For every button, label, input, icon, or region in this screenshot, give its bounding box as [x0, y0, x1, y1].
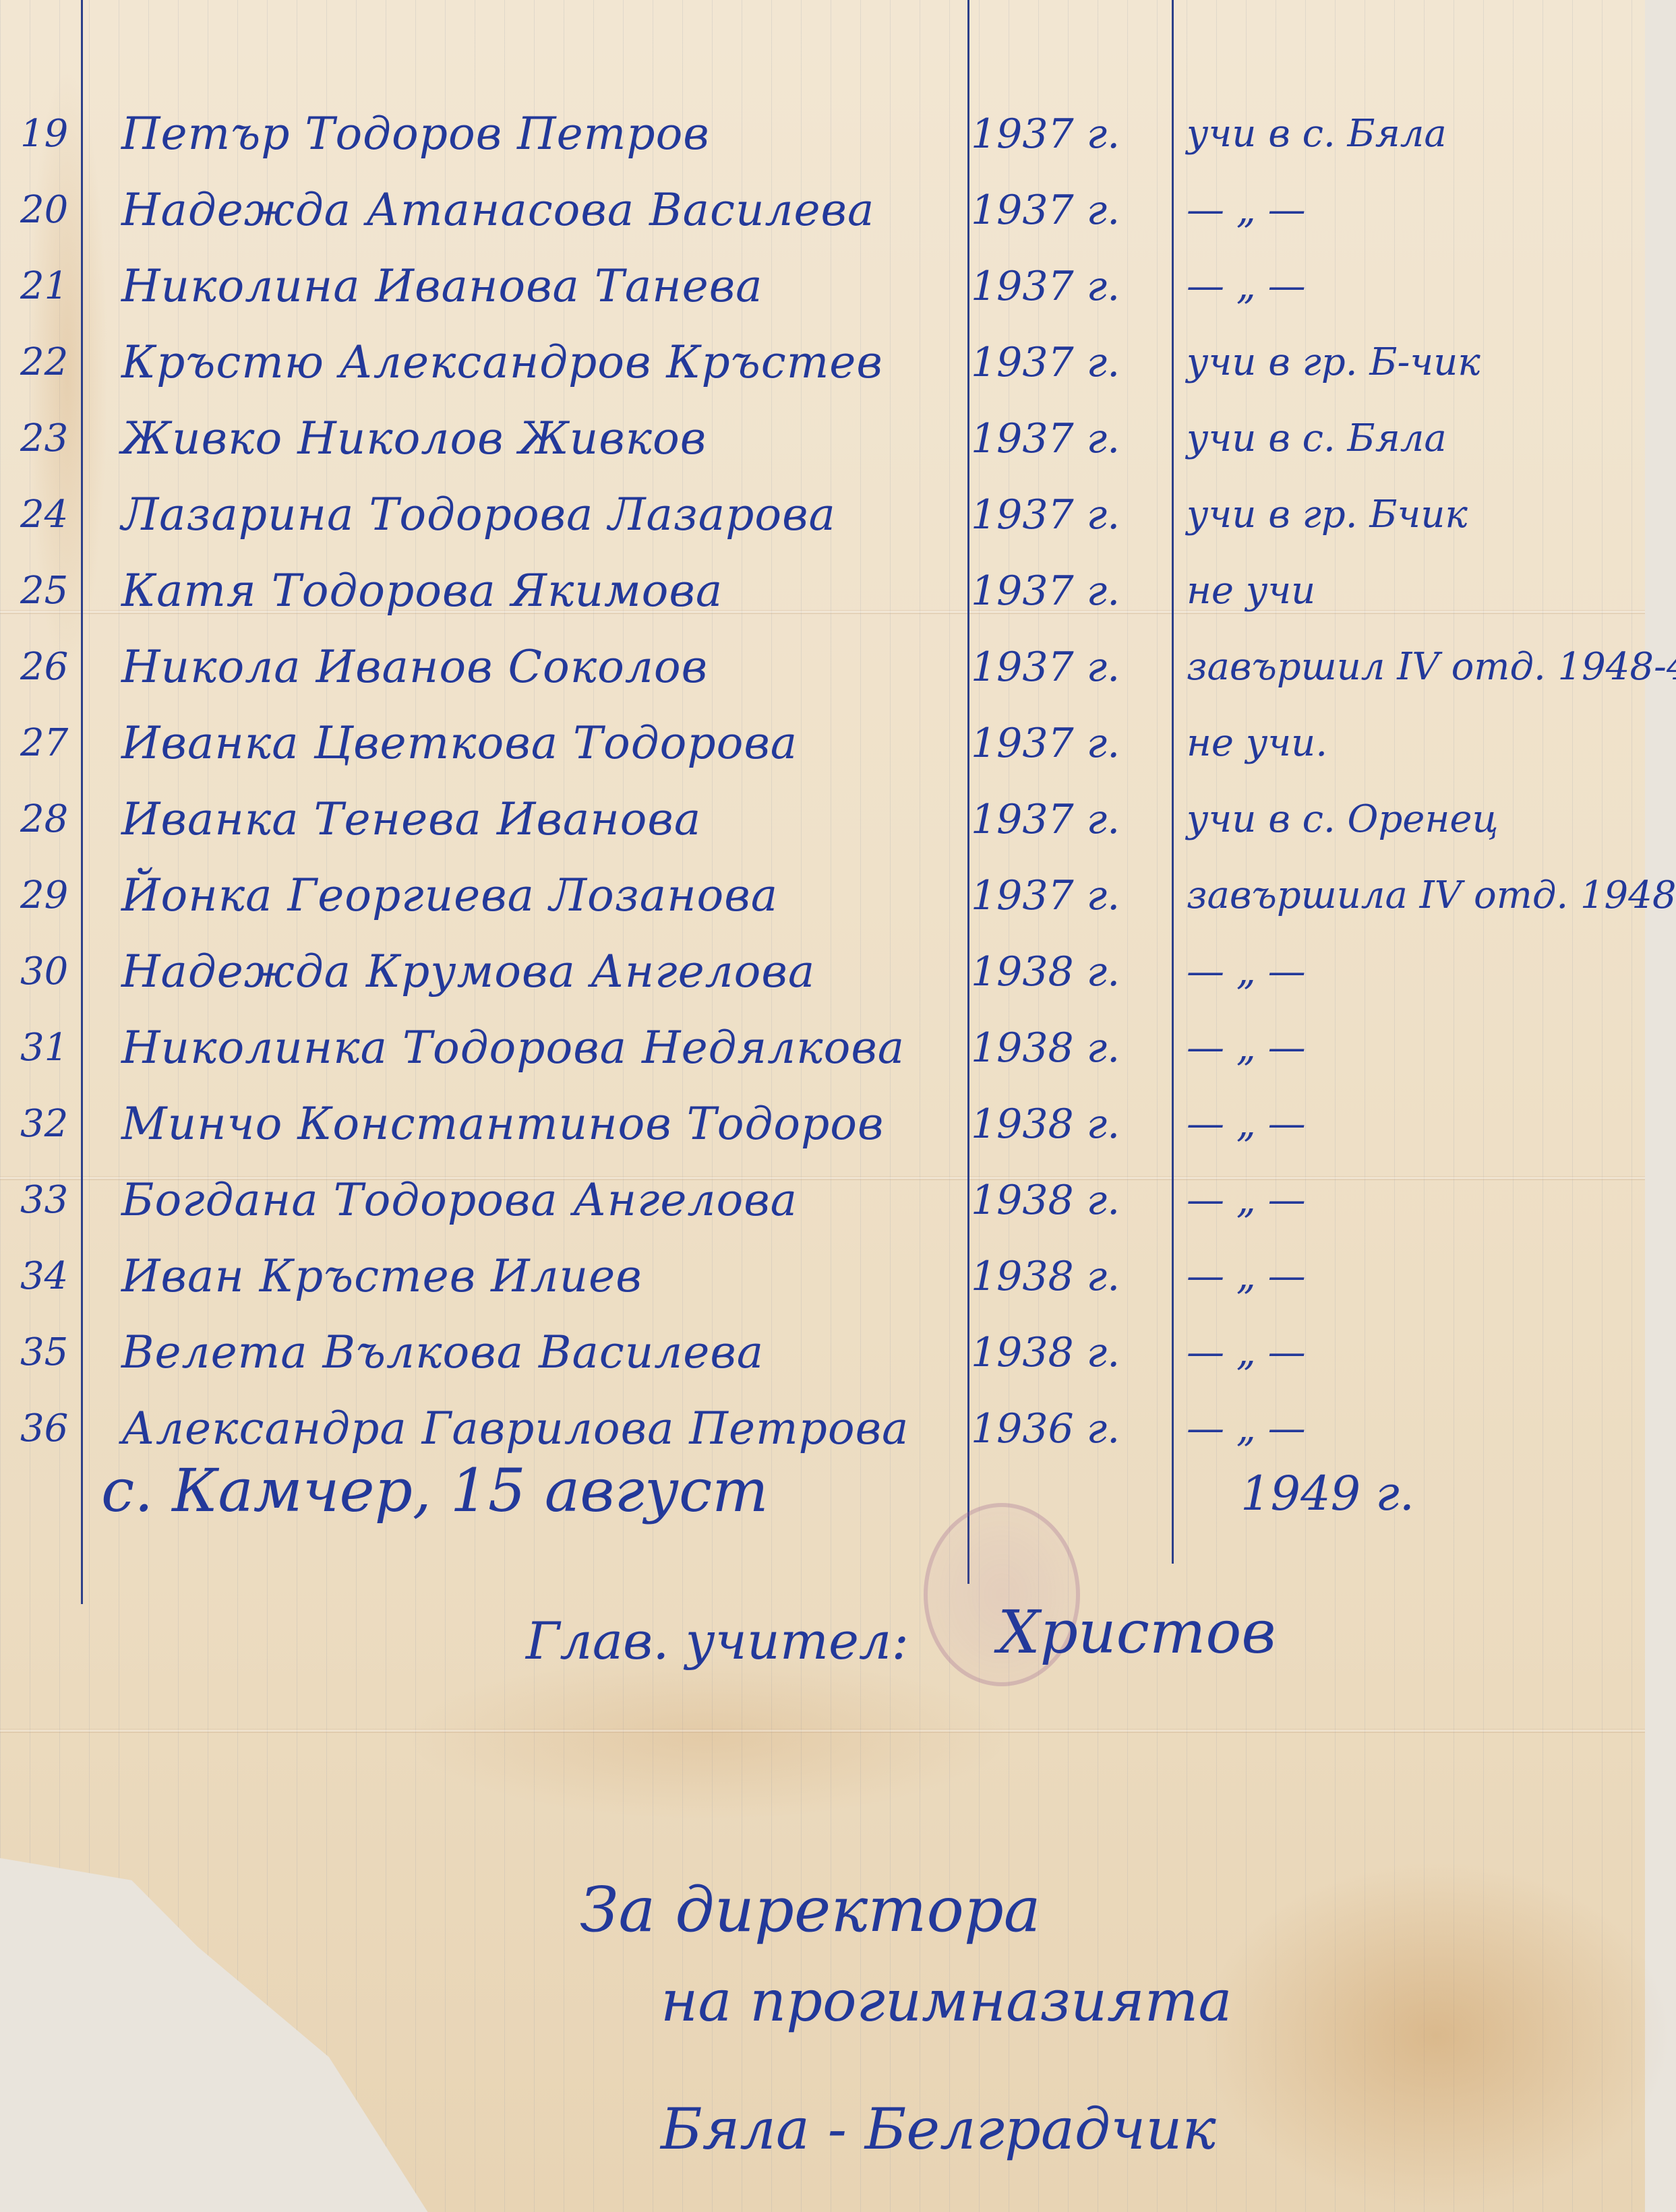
row-number: 27: [20, 721, 68, 765]
row-number: 33: [20, 1178, 68, 1222]
student-name: Никола Иванов Соколов: [121, 641, 708, 693]
table-row: 19Петър Тодоров Петров1937 г.учи в с. Бя…: [0, 101, 1645, 167]
school-status: — „ —: [1187, 264, 1306, 308]
row-number: 20: [20, 188, 68, 232]
student-name: Иванка Цветкова Тодорова: [121, 717, 798, 769]
table-row: 33Богдана Тодорова Ангелова1938 г.— „ —: [0, 1167, 1645, 1233]
student-name: Николинка Тодорова Недялкова: [121, 1022, 905, 1074]
school-status: не учи.: [1187, 721, 1327, 765]
school-status: учи в с. Бяла: [1187, 112, 1447, 156]
school-status: учи в гр. Бчик: [1187, 493, 1468, 536]
birth-year: 1938 г.: [971, 1101, 1120, 1148]
school-status: — „ —: [1187, 950, 1306, 993]
birth-year: 1937 г.: [971, 187, 1120, 234]
director-note-line3: Бяла - Белградчик: [661, 2096, 1216, 2162]
row-number: 28: [20, 797, 68, 841]
student-name: Надежда Крумова Ангелова: [121, 946, 815, 997]
table-row: 22Кръстю Александров Кръстев1937 г.учи в…: [0, 330, 1645, 396]
school-status: — „ —: [1187, 1330, 1306, 1374]
table-row: 24Лазарина Тодорова Лазарова1937 г.учи в…: [0, 482, 1645, 548]
birth-year: 1938 г.: [971, 948, 1120, 995]
table-row: 25Катя Тодорова Якимова1937 г.не учи: [0, 558, 1645, 624]
birth-year: 1936 г.: [971, 1405, 1120, 1452]
table-row: 36Александра Гаврилова Петрова1936 г.— „…: [0, 1396, 1645, 1462]
birth-year: 1937 г.: [971, 491, 1120, 539]
birth-year: 1937 г.: [971, 263, 1120, 310]
row-number: 29: [20, 873, 68, 917]
birth-year: 1937 г.: [971, 796, 1120, 843]
school-status: учи в гр. Б-чик: [1187, 340, 1480, 384]
student-name: Надежда Атанасова Василева: [121, 184, 874, 236]
student-name: Минчо Константинов Тодоров: [121, 1098, 884, 1150]
birth-year: 1937 г.: [971, 720, 1120, 767]
school-status: — „ —: [1187, 1026, 1306, 1070]
table-row: 20Надежда Атанасова Василева1937 г.— „ —: [0, 177, 1645, 243]
row-number: 30: [20, 950, 68, 993]
table-row: 34Иван Кръстев Илиев1938 г.— „ —: [0, 1243, 1645, 1310]
row-number: 26: [20, 645, 68, 689]
table-row: 23Живко Николов Живков1937 г.учи в с. Бя…: [0, 406, 1645, 472]
student-name: Иванка Тенева Иванова: [121, 793, 701, 845]
table-row: 32Минчо Константинов Тодоров1938 г.— „ —: [0, 1091, 1645, 1157]
school-status: — „ —: [1187, 1102, 1306, 1146]
table-row: 27Иванка Цветкова Тодорова1937 г.не учи.: [0, 710, 1645, 776]
birth-year: 1937 г.: [971, 644, 1120, 691]
birth-year: 1938 г.: [971, 1024, 1120, 1072]
signature-name: Христов: [998, 1597, 1276, 1667]
birth-year: 1937 г.: [971, 567, 1120, 615]
row-number: 24: [20, 493, 68, 536]
table-row: 30Надежда Крумова Ангелова1938 г.— „ —: [0, 939, 1645, 1005]
student-name: Катя Тодорова Якимова: [121, 565, 723, 617]
row-number: 21: [20, 264, 68, 308]
table-row: 31Николинка Тодорова Недялкова1938 г.— „…: [0, 1015, 1645, 1081]
row-number: 22: [20, 340, 68, 384]
student-name: Велета Вълкова Василева: [121, 1326, 764, 1378]
student-name: Кръстю Александров Кръстев: [121, 336, 883, 388]
row-number: 32: [20, 1102, 68, 1146]
table-row: 21Николина Иванова Танева1937 г.— „ —: [0, 253, 1645, 319]
document-year: 1949 г.: [1240, 1466, 1414, 1521]
school-status: учи в с. Оренец: [1187, 797, 1499, 841]
student-name: Живко Николов Живков: [121, 412, 707, 464]
table-row: 29Йонка Георгиева Лозанова1937 г.завърши…: [0, 863, 1645, 929]
director-note-line1: За директора: [580, 1874, 1041, 1946]
school-status: завършил IV отд. 1948-49 уч. г.: [1187, 645, 1676, 689]
student-name: Лазарина Тодорова Лазарова: [121, 489, 836, 541]
director-note-line2: на прогимназията: [661, 1968, 1232, 2034]
student-name: Иван Кръстев Илиев: [121, 1250, 642, 1302]
school-status: — „ —: [1187, 1407, 1306, 1450]
school-status: не учи: [1187, 569, 1315, 613]
student-name: Богдана Тодорова Ангелова: [121, 1174, 798, 1226]
table-row: 26Никола Иванов Соколов1937 г.завършил I…: [0, 634, 1645, 700]
school-status: — „ —: [1187, 1178, 1306, 1222]
birth-year: 1938 г.: [971, 1253, 1120, 1300]
birth-year: 1937 г.: [971, 339, 1120, 386]
birth-year: 1937 г.: [971, 111, 1120, 158]
row-number: 36: [20, 1407, 68, 1450]
table-row: 35Велета Вълкова Василева1938 г.— „ —: [0, 1320, 1645, 1386]
signature-title: Глав. учител:: [526, 1611, 909, 1671]
row-number: 34: [20, 1254, 68, 1298]
birth-year: 1937 г.: [971, 872, 1120, 919]
student-name: Николина Иванова Танева: [121, 260, 762, 312]
fold-line: [0, 1729, 1645, 1733]
student-name: Александра Гаврилова Петрова: [121, 1403, 909, 1454]
table-row: 28Иванка Тенева Иванова1937 г.учи в с. О…: [0, 787, 1645, 853]
row-number: 35: [20, 1330, 68, 1374]
school-status: учи в с. Бяла: [1187, 417, 1447, 460]
student-name: Йонка Георгиева Лозанова: [121, 869, 778, 921]
row-number: 23: [20, 417, 68, 460]
school-status: завършила IV отд. 1948-49 уч. г.: [1187, 873, 1676, 917]
school-status: — „ —: [1187, 188, 1306, 232]
row-number: 31: [20, 1026, 68, 1070]
place-date: с. Камчер, 15 август: [101, 1456, 769, 1525]
birth-year: 1938 г.: [971, 1177, 1120, 1224]
row-number: 25: [20, 569, 68, 613]
row-number: 19: [20, 112, 68, 156]
school-status: — „ —: [1187, 1254, 1306, 1298]
birth-year: 1938 г.: [971, 1329, 1120, 1376]
student-name: Петър Тодоров Петров: [121, 108, 710, 160]
birth-year: 1937 г.: [971, 415, 1120, 462]
